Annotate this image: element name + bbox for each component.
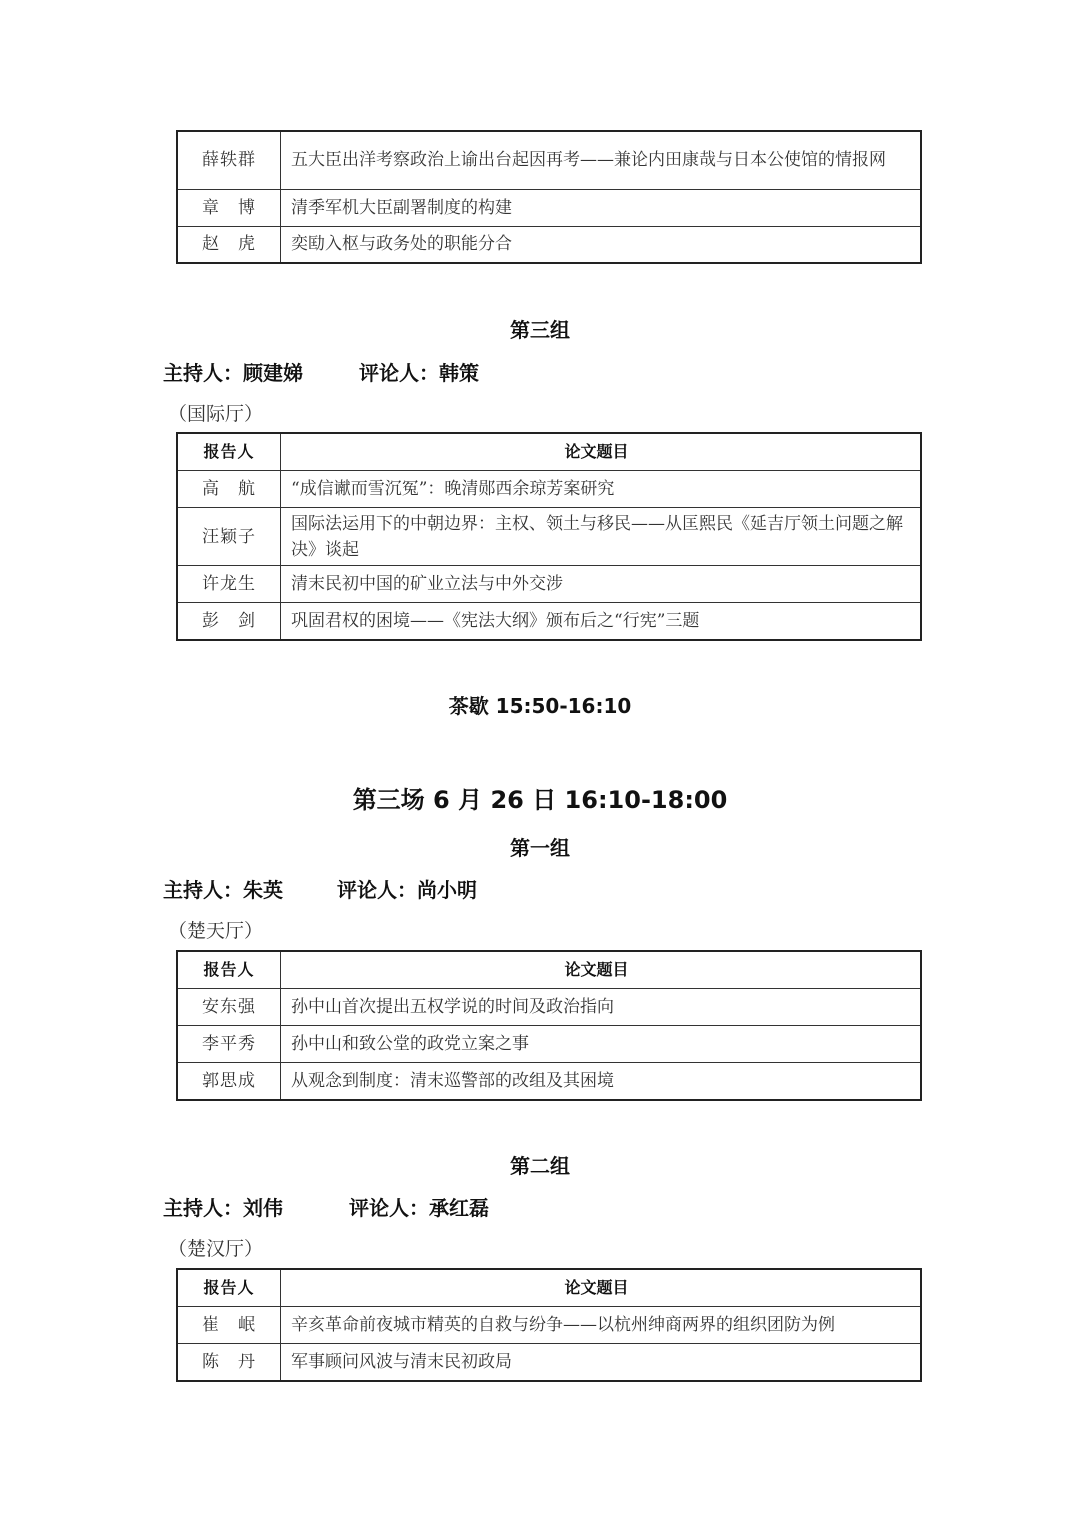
table-row: 许龙生 清末民初中国的矿业立法与中外交涉 bbox=[177, 566, 921, 603]
paper-title-cell: 从观念到制度：清末巡警部的改组及其困境 bbox=[281, 1063, 922, 1100]
commentator-label: 评论人： bbox=[337, 878, 417, 902]
host-label: 主持人： bbox=[163, 1196, 243, 1220]
table-row: 郭思成 从观念到制度：清末巡警部的改组及其困境 bbox=[177, 1063, 921, 1100]
paper-title-cell: 五大臣出洋考察政治上谕出台起因再考——兼论内田康哉与日本公使馆的情报网 bbox=[281, 131, 922, 189]
host-label: 主持人： bbox=[163, 878, 243, 902]
tea-break: 茶歇 15:50-16:10 bbox=[0, 690, 1080, 719]
presenter-cell: 陈 丹 bbox=[177, 1344, 281, 1381]
schedule-table-group3: 报告人 论文题目 高 航 “成信谳而雪沉冤”：晚清郧西余琼芳案研究 汪颖子 国际… bbox=[176, 432, 922, 641]
schedule-table-session3-group2: 报告人 论文题目 崔 岷 辛亥革命前夜城市精英的自救与纷争——以杭州绅商两界的组… bbox=[176, 1268, 922, 1382]
table-row: 薛轶群 五大臣出洋考察政治上谕出台起因再考——兼论内田康哉与日本公使馆的情报网 bbox=[177, 131, 921, 189]
group-title: 第三组 bbox=[0, 314, 1080, 343]
presenter-cell: 郭思成 bbox=[177, 1063, 281, 1100]
table-row: 章 博 清季军机大臣副署制度的构建 bbox=[177, 189, 921, 226]
presenter-header: 报告人 bbox=[177, 433, 281, 471]
presenter-cell: 崔 岷 bbox=[177, 1307, 281, 1344]
table-header-row: 报告人 论文题目 bbox=[177, 1269, 921, 1307]
host-commentator-line: 主持人：顾建娣评论人：韩策 bbox=[163, 357, 479, 386]
commentator-label: 评论人： bbox=[349, 1196, 429, 1220]
title-header: 论文题目 bbox=[281, 433, 922, 471]
paper-title-cell: 孙中山首次提出五权学说的时间及政治指向 bbox=[281, 989, 922, 1026]
room-label: （楚天厅） bbox=[168, 916, 263, 943]
presenter-cell: 安东强 bbox=[177, 989, 281, 1026]
table-row: 陈 丹 军事顾问风波与清末民初政局 bbox=[177, 1344, 921, 1381]
title-header: 论文题目 bbox=[281, 951, 922, 989]
paper-title-cell: 清季军机大臣副署制度的构建 bbox=[281, 189, 922, 226]
host-commentator-line: 主持人：刘伟评论人：承红磊 bbox=[163, 1192, 489, 1221]
session-title: 第三场 6 月 26 日 16:10-18:00 bbox=[0, 780, 1080, 815]
host-commentator-line: 主持人：朱英评论人：尚小明 bbox=[163, 874, 477, 903]
presenter-cell: 许龙生 bbox=[177, 566, 281, 603]
table-row: 高 航 “成信谳而雪沉冤”：晚清郧西余琼芳案研究 bbox=[177, 471, 921, 508]
paper-title-cell: 军事顾问风波与清末民初政局 bbox=[281, 1344, 922, 1381]
table-row: 赵 虎 奕劻入枢与政务处的职能分合 bbox=[177, 226, 921, 263]
title-header: 论文题目 bbox=[281, 1269, 922, 1307]
group-title: 第一组 bbox=[0, 832, 1080, 861]
schedule-table-session2-group2: 薛轶群 五大臣出洋考察政治上谕出台起因再考——兼论内田康哉与日本公使馆的情报网 … bbox=[176, 130, 922, 264]
commentator-name: 尚小明 bbox=[417, 878, 477, 902]
commentator-label: 评论人： bbox=[359, 361, 439, 385]
room-label: （楚汉厅） bbox=[168, 1234, 263, 1261]
table-row: 崔 岷 辛亥革命前夜城市精英的自救与纷争——以杭州绅商两界的组织团防为例 bbox=[177, 1307, 921, 1344]
group-title: 第二组 bbox=[0, 1150, 1080, 1179]
paper-title-cell: 辛亥革命前夜城市精英的自救与纷争——以杭州绅商两界的组织团防为例 bbox=[281, 1307, 922, 1344]
host-label: 主持人： bbox=[163, 361, 243, 385]
commentator-name: 承红磊 bbox=[429, 1196, 489, 1220]
table-header-row: 报告人 论文题目 bbox=[177, 951, 921, 989]
paper-title-cell: 国际法运用下的中朝边界：主权、领土与移民——从匡熙民《延吉厅领土问题之解决》谈起 bbox=[281, 508, 922, 566]
presenter-cell: 赵 虎 bbox=[177, 226, 281, 263]
presenter-cell: 汪颖子 bbox=[177, 508, 281, 566]
table-row: 汪颖子 国际法运用下的中朝边界：主权、领土与移民——从匡熙民《延吉厅领土问题之解… bbox=[177, 508, 921, 566]
schedule-table-session3-group1: 报告人 论文题目 安东强 孙中山首次提出五权学说的时间及政治指向 李平秀 孙中山… bbox=[176, 950, 922, 1101]
table-row: 李平秀 孙中山和致公堂的政党立案之事 bbox=[177, 1026, 921, 1063]
commentator-name: 韩策 bbox=[439, 361, 479, 385]
host-name: 刘伟 bbox=[243, 1196, 283, 1220]
paper-title-cell: 奕劻入枢与政务处的职能分合 bbox=[281, 226, 922, 263]
presenter-header: 报告人 bbox=[177, 1269, 281, 1307]
presenter-cell: 李平秀 bbox=[177, 1026, 281, 1063]
presenter-header: 报告人 bbox=[177, 951, 281, 989]
table-row: 安东强 孙中山首次提出五权学说的时间及政治指向 bbox=[177, 989, 921, 1026]
paper-title-cell: “成信谳而雪沉冤”：晚清郧西余琼芳案研究 bbox=[281, 471, 922, 508]
host-name: 朱英 bbox=[243, 878, 283, 902]
paper-title-cell: 巩固君权的困境——《宪法大纲》颁布后之“行宪”三题 bbox=[281, 603, 922, 640]
table-header-row: 报告人 论文题目 bbox=[177, 433, 921, 471]
table-row: 彭 剑 巩固君权的困境——《宪法大纲》颁布后之“行宪”三题 bbox=[177, 603, 921, 640]
host-name: 顾建娣 bbox=[243, 361, 303, 385]
presenter-cell: 薛轶群 bbox=[177, 131, 281, 189]
presenter-cell: 高 航 bbox=[177, 471, 281, 508]
presenter-cell: 章 博 bbox=[177, 189, 281, 226]
paper-title-cell: 清末民初中国的矿业立法与中外交涉 bbox=[281, 566, 922, 603]
paper-title-cell: 孙中山和致公堂的政党立案之事 bbox=[281, 1026, 922, 1063]
room-label: （国际厅） bbox=[168, 399, 263, 426]
presenter-cell: 彭 剑 bbox=[177, 603, 281, 640]
